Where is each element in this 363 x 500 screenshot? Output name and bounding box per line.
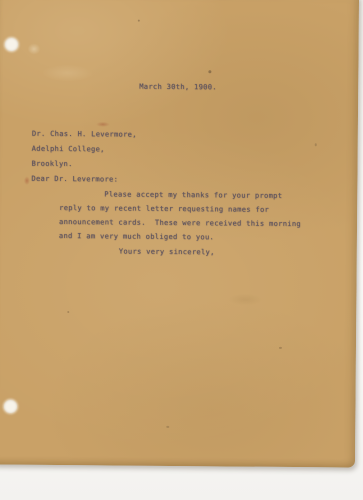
paper-speck [138,20,140,22]
paper-speck [279,347,282,349]
recipient-city: Brooklyn. [32,159,73,169]
body-line: announcement cards. These were received … [59,217,301,229]
paper-smudge [225,292,265,306]
hole-punch-top [5,38,18,51]
paper-speck [315,143,317,146]
recipient-institution: Adelphi College, [32,144,105,155]
paper-speck [67,311,69,313]
rust-stain [23,176,30,186]
letter-paper: March 30th, 1900. Dr. Chas. H. Levermore… [0,0,359,468]
body-line: reply to my recent letter requesting nam… [59,203,269,215]
hole-punch-ghost [26,42,42,56]
closing: Yours very sincerely, [119,246,215,257]
rust-stain [95,121,111,127]
letter-date: March 30th, 1900. [139,82,217,93]
salutation: Dear Dr. Levermore: [31,174,118,185]
recipient-name: Dr. Chas. H. Levermore, [32,129,137,140]
paper-speck [166,426,169,428]
paper-light-patch [37,63,97,84]
hole-punch-bottom [4,400,17,413]
paper-speck [208,70,211,73]
scanned-letter-page: March 30th, 1900. Dr. Chas. H. Levermore… [0,0,363,500]
body-line: Please accept my thanks for your prompt [104,189,282,201]
body-line: and I am very much obliged to you. [59,231,214,242]
